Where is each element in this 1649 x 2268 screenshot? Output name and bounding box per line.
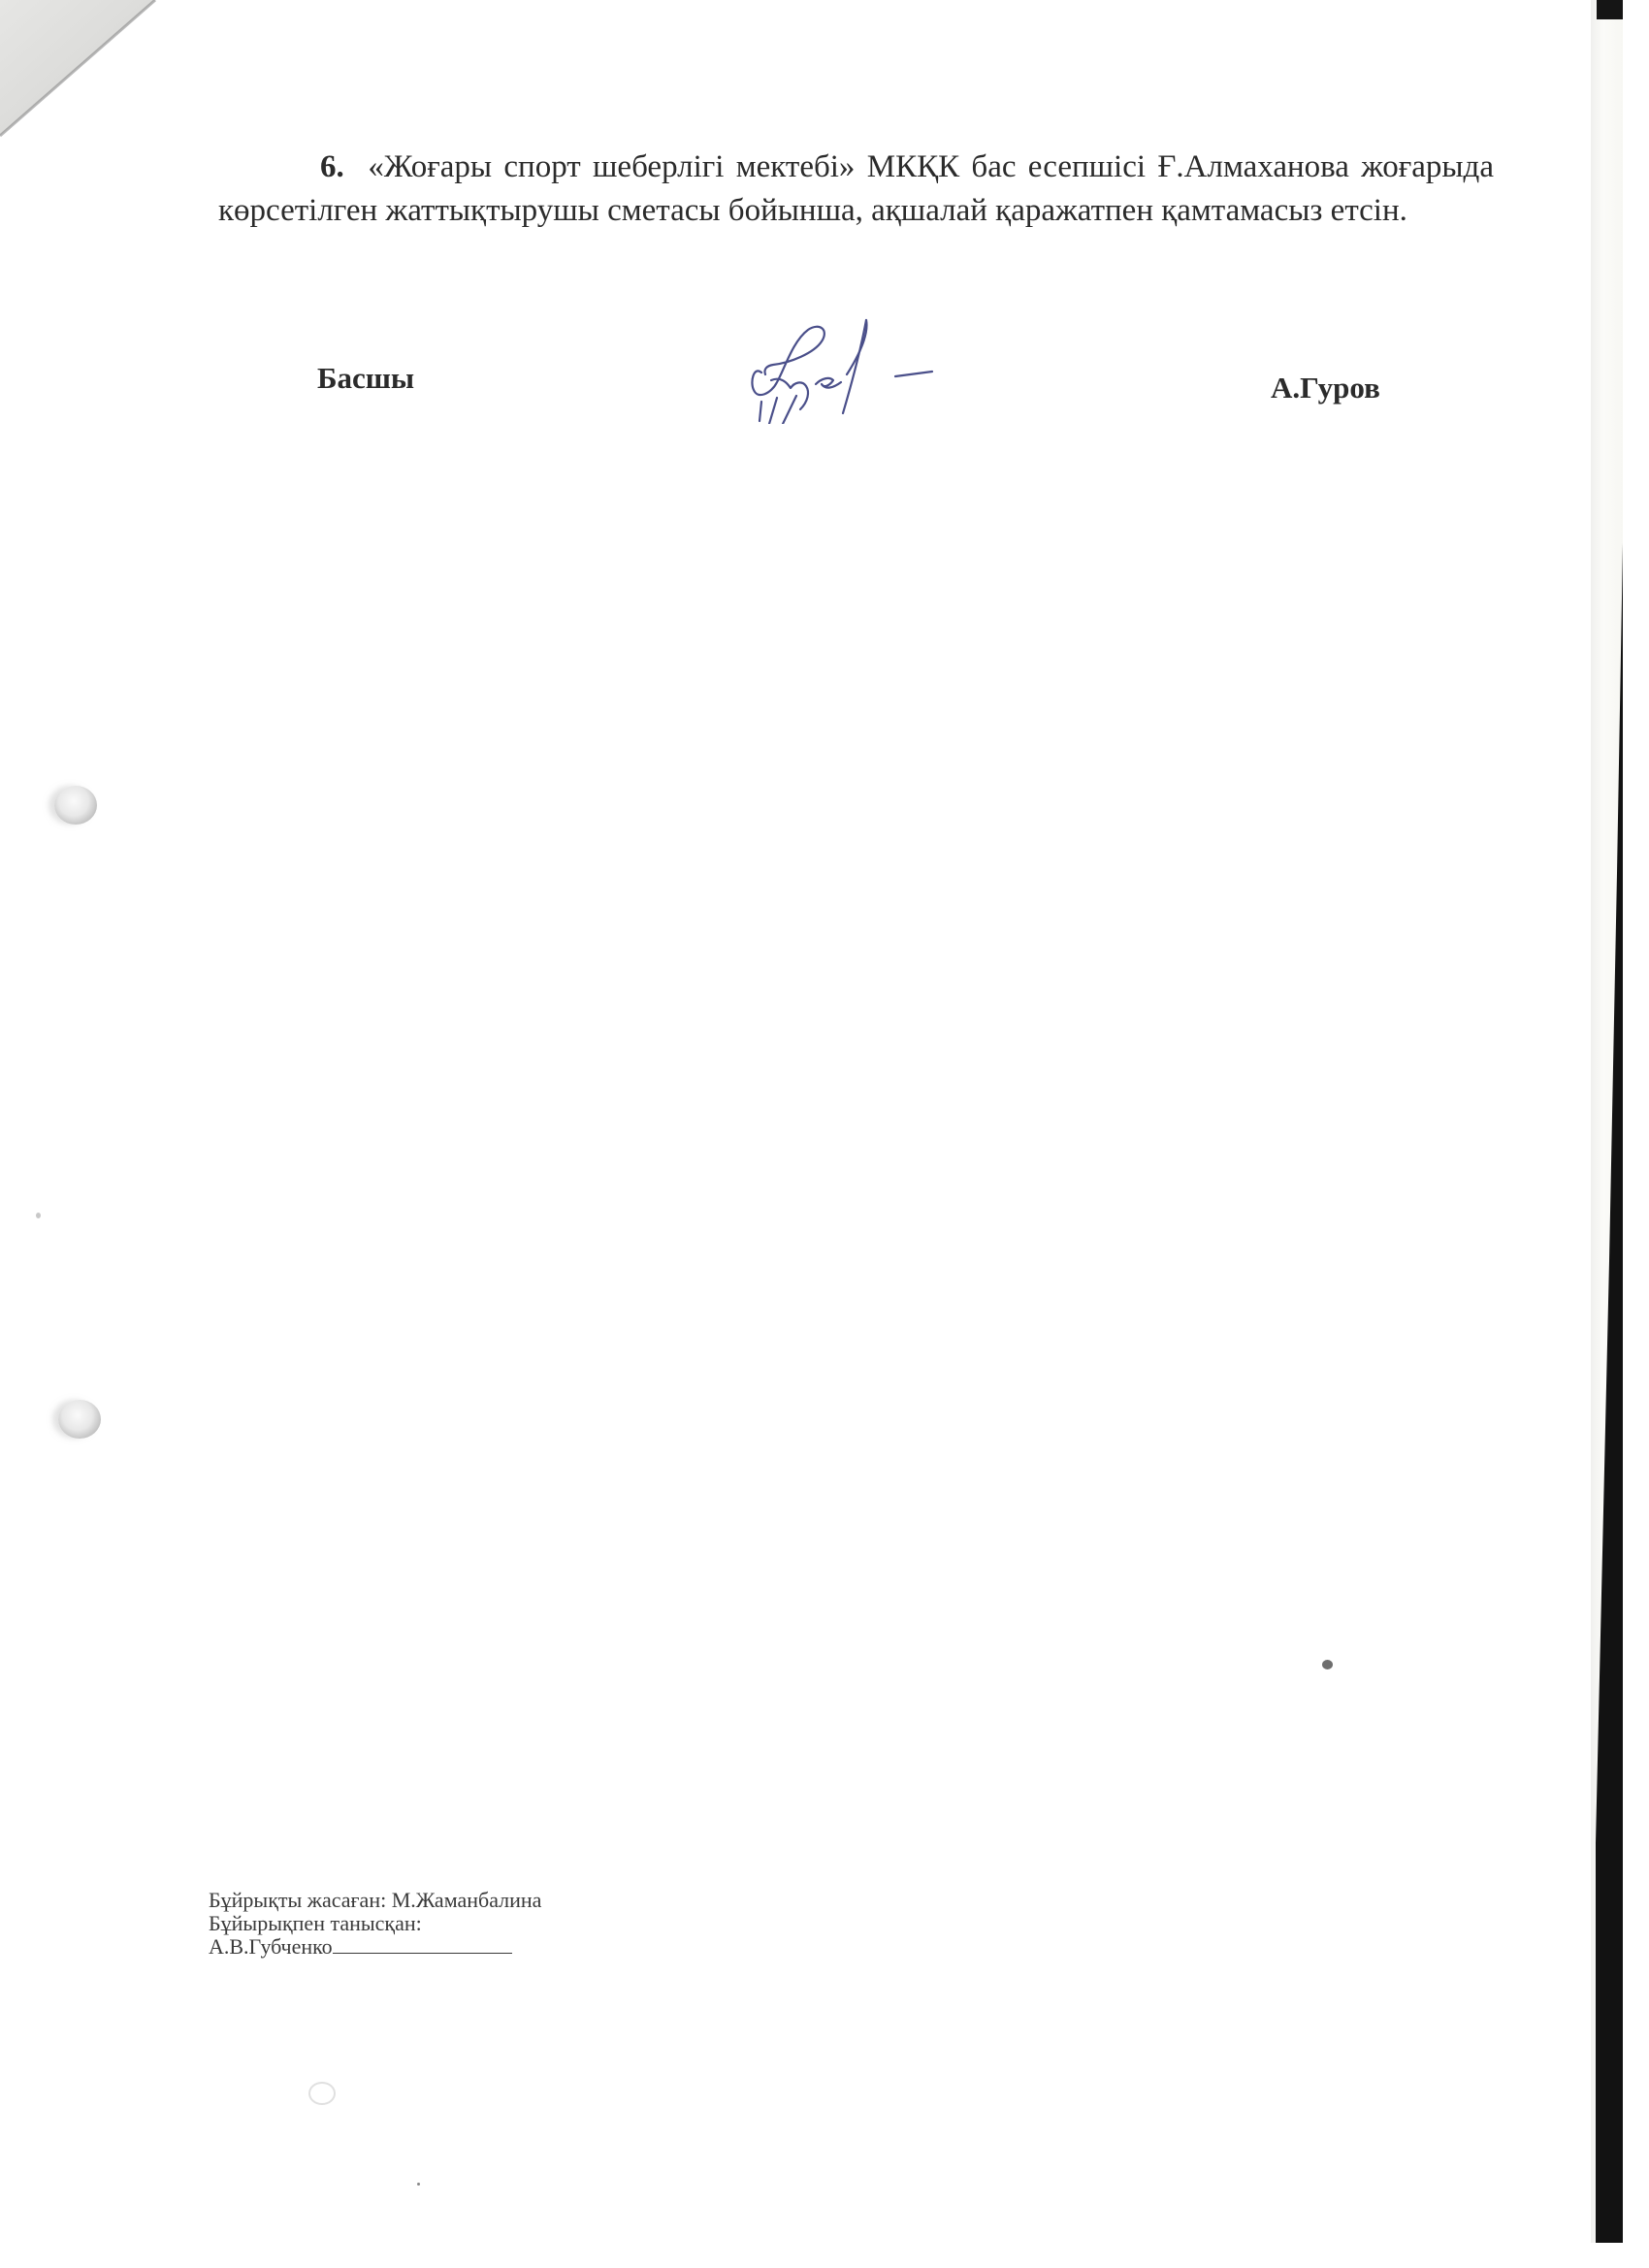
punch-hole-icon [58,1400,101,1439]
scan-speck [1322,1660,1333,1669]
document-footer: Бұйрықты жасаған: М.Жаманбалина Бұйырықп… [209,1889,541,1959]
signatory-name: А.Гуров [1271,371,1380,405]
acknowledged-name: А.В.Губченко [209,1934,333,1959]
order-clause-6: 6. «Жоғары спорт шеберлігі мектебі» МКҚК… [218,146,1494,233]
punch-hole-icon [54,786,97,825]
signature-icon [732,312,941,424]
scan-speck [308,2082,336,2105]
signature-line [333,1935,512,1954]
binder-edge-dark [1596,0,1623,2243]
clause-number: 6. [320,149,344,184]
acknowledged-label: Бұйырықпен танысқан: [209,1912,541,1935]
prepared-by: Бұйрықты жасаған: М.Жаманбалина [209,1889,541,1912]
scan-speck [36,1213,41,1218]
binder-edge-top [1597,0,1623,19]
signatory-role: Басшы [317,361,414,396]
clause-text: «Жоғары спорт шеберлігі мектебі» МКҚК ба… [218,149,1494,228]
scanned-page: 6. «Жоғары спорт шеберлігі мектебі» МКҚК… [0,0,1623,2243]
scan-speck [417,2183,420,2186]
folded-corner-shadow [0,0,165,146]
acknowledged-row: А.В.Губченко [209,1935,541,1959]
